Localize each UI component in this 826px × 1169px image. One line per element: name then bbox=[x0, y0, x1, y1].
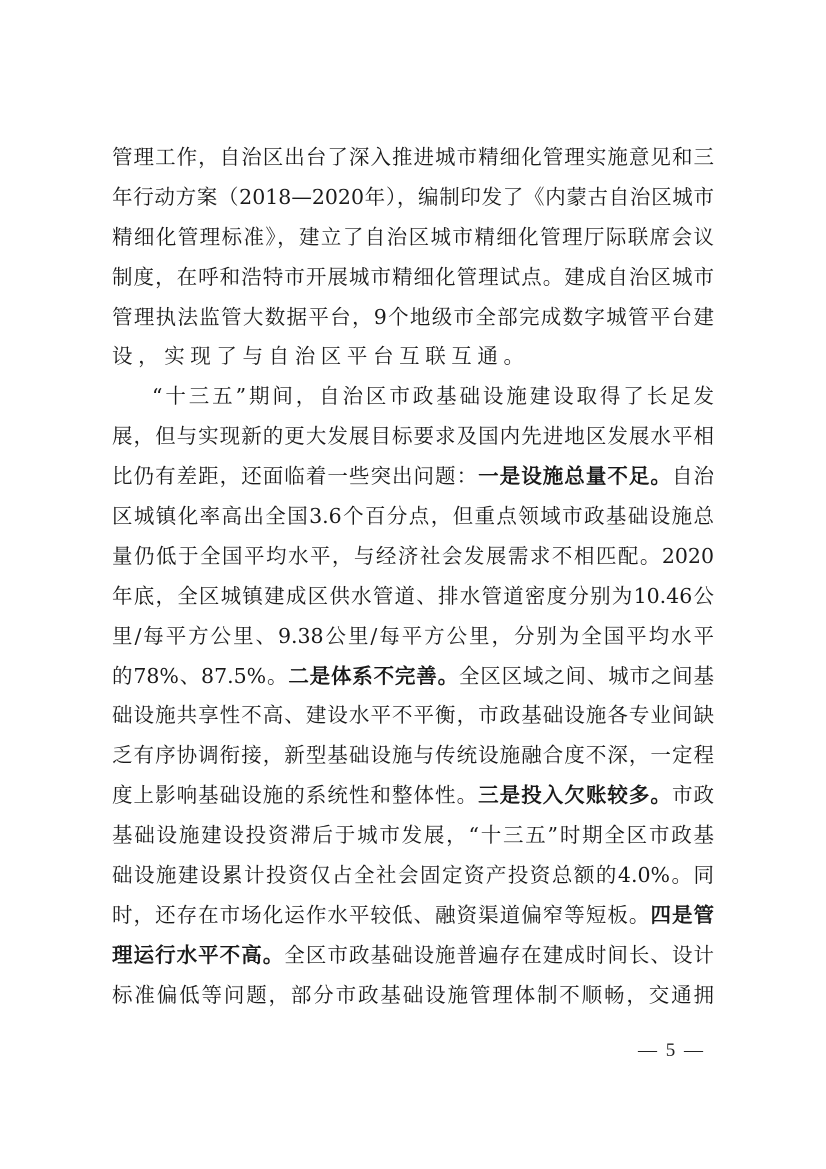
text-line: 年底，全区城镇建成区供水管道、排水管道密度分别为10.46公 bbox=[112, 577, 714, 617]
text-run: 精细化管理标准》，建立了自治区城市精细化管理厅际联席会议 bbox=[112, 225, 714, 249]
text-run: 全区市政基础设施普遍存在建成时间长、设计 bbox=[284, 943, 714, 967]
text-run: 标准偏低等问题，部分市政基础设施管理体制不顺畅，交通拥 bbox=[112, 983, 714, 1007]
text-line: 制度，在呼和浩特市开展城市精细化管理试点。建成自治区城市 bbox=[112, 258, 714, 298]
text-line: 里/每平方公里、9.38公里/每平方公里，分别为全国平均水平 bbox=[112, 617, 714, 657]
text-line: 标准偏低等问题，部分市政基础设施管理体制不顺畅，交通拥 bbox=[112, 976, 714, 1016]
text-run: 自治 bbox=[672, 464, 714, 488]
paragraph-urban-management: 管理工作，自治区出台了深入推进城市精细化管理实施意见和三 年行动方案（2018—… bbox=[112, 138, 714, 377]
text-run: 市政 bbox=[672, 783, 714, 807]
heading-problem-two: 二是体系不完善。 bbox=[288, 664, 459, 688]
text-run: 年行动方案（2018—2020年），编制印发了《内蒙古自治区城市 bbox=[112, 185, 714, 209]
text-line: 度上影响基础设施的系统性和整体性。三是投入欠账较多。市政 bbox=[112, 776, 714, 816]
text-line: 管理执法监管大数据平台，9个地级市全部完成数字城管平台建 bbox=[112, 298, 714, 338]
heading-problem-three: 三是投入欠账较多。 bbox=[478, 783, 672, 807]
text-run: 础设施共享性不高、建设水平不平衡，市政基础设施各专业间缺 bbox=[112, 703, 714, 727]
text-run: 里/每平方公里、9.38公里/每平方公里，分别为全国平均水平 bbox=[112, 624, 714, 648]
text-line: 时，还存在市场化运作水平较低、融资渠道偏窄等短板。四是管 bbox=[112, 896, 714, 936]
text-run: 乏有序协调衔接，新型基础设施与传统设施融合度不深，一定程 bbox=[112, 743, 714, 767]
text-line: 年行动方案（2018—2020年），编制印发了《内蒙古自治区城市 bbox=[112, 178, 714, 218]
heading-problem-four: 四是管 bbox=[650, 903, 714, 927]
text-line: 设，实现了与自治区平台互联互通。 bbox=[112, 337, 714, 377]
heading-problem-one: 一是设施总量不足。 bbox=[478, 464, 672, 488]
text-line: 乏有序协调衔接，新型基础设施与传统设施融合度不深，一定程 bbox=[112, 736, 714, 776]
text-line: 展，但与实现新的更大发展目标要求及国内先进地区发展水平相 bbox=[112, 417, 714, 457]
text-run: 管理工作，自治区出台了深入推进城市精细化管理实施意见和三 bbox=[112, 145, 714, 169]
text-line: 精细化管理标准》，建立了自治区城市精细化管理厅际联席会议 bbox=[112, 218, 714, 258]
text-line: 的78%、87.5%。二是体系不完善。全区区域之间、城市之间基 bbox=[112, 657, 714, 697]
text-line: 量仍低于全国平均水平，与经济社会发展需求不相匹配。2020 bbox=[112, 537, 714, 577]
text-line: 理运行水平不高。全区市政基础设施普遍存在建成时间长、设计 bbox=[112, 936, 714, 976]
page-number: — 5 — bbox=[638, 1040, 705, 1062]
text-line: 区城镇化率高出全国3.6个百分点，但重点领域市政基础设施总 bbox=[112, 497, 714, 537]
text-line: 础设施建设累计投资仅占全社会固定资产投资总额的4.0%。同 bbox=[112, 856, 714, 896]
text-line: 础设施共享性不高、建设水平不平衡，市政基础设施各专业间缺 bbox=[112, 696, 714, 736]
text-run: 础设施建设累计投资仅占全社会固定资产投资总额的4.0%。同 bbox=[112, 863, 714, 887]
text-run: 比仍有差距，还面临着一些突出问题： bbox=[112, 464, 478, 488]
text-line: 管理工作，自治区出台了深入推进城市精细化管理实施意见和三 bbox=[112, 138, 714, 178]
text-line: 基础设施建设投资滞后于城市发展，“十三五”时期全区市政基 bbox=[112, 816, 714, 856]
heading-problem-four-cont: 理运行水平不高。 bbox=[112, 943, 284, 967]
text-line: 比仍有差距，还面临着一些突出问题：一是设施总量不足。自治 bbox=[112, 457, 714, 497]
text-run: 区城镇化率高出全国3.6个百分点，但重点领域市政基础设施总 bbox=[112, 504, 714, 528]
text-run: 管理执法监管大数据平台，9个地级市全部完成数字城管平台建 bbox=[112, 305, 714, 329]
text-run: 度上影响基础设施的系统性和整体性。 bbox=[112, 783, 478, 807]
text-run: 年底，全区城镇建成区供水管道、排水管道密度分别为10.46公 bbox=[112, 584, 714, 608]
text-run: 全区区域之间、城市之间基 bbox=[459, 664, 714, 688]
text-run: 基础设施建设投资滞后于城市发展，“十三五”时期全区市政基 bbox=[112, 823, 714, 847]
text-run: “十三五”期间，自治区市政基础设施建设取得了长足发 bbox=[152, 384, 714, 408]
text-run: 的78%、87.5%。 bbox=[112, 664, 288, 688]
text-run: 量仍低于全国平均水平，与经济社会发展需求不相匹配。2020 bbox=[112, 544, 714, 568]
paragraph-problems: “十三五”期间，自治区市政基础设施建设取得了长足发 展，但与实现新的更大发展目标… bbox=[112, 377, 714, 1015]
text-run: 时，还存在市场化运作水平较低、融资渠道偏窄等短板。 bbox=[112, 903, 650, 927]
text-line: “十三五”期间，自治区市政基础设施建设取得了长足发 bbox=[112, 377, 714, 417]
text-run: 制度，在呼和浩特市开展城市精细化管理试点。建成自治区城市 bbox=[112, 265, 714, 289]
document-page: 管理工作，自治区出台了深入推进城市精细化管理实施意见和三 年行动方案（2018—… bbox=[112, 138, 714, 1016]
text-run: 展，但与实现新的更大发展目标要求及国内先进地区发展水平相 bbox=[112, 424, 714, 448]
text-run: 设，实现了与自治区平台互联互通。 bbox=[112, 344, 530, 368]
